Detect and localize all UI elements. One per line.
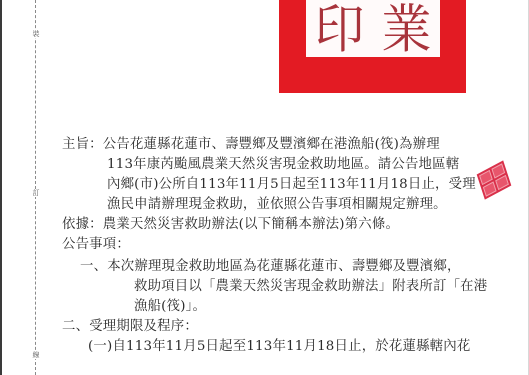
item-text-line: 救助項目以「農業天然災害現金救助辦法」附表所訂「在港 (134, 279, 487, 294)
seal-glyph-right: 業 (382, 2, 432, 55)
announcement-item-2: 二、受理期限及程序： (一)自113年11月5日起至113年11月18日止，於花… (62, 317, 529, 357)
subject-text-line: 公告花蓮縣花蓮市、壽豐鄉及豐濱鄉在港漁船(筏)為辦理 (103, 137, 440, 152)
announcement-label: 公告事項： (62, 237, 130, 252)
item-text-line: 本次辦理現金救助地區為花蓮縣花蓮市、壽豐鄉及豐濱鄉， (107, 259, 460, 274)
subject-text-line: 內鄉(市)公所自113年11月5日起至113年11月18日止，受理 (107, 177, 476, 192)
subject-line-4: 漁民申請辦理現金救助，並依照公告事項相關規定辦理。 (62, 195, 529, 215)
announcement-heading: 公告事項： (62, 235, 529, 255)
item-text-line: 受理期限及程序： (89, 319, 198, 334)
subitem-2-1: (一)自113年11月5日起至113年11月18日止，於花蓮縣轄內花 (62, 337, 529, 357)
subject-line-2: 113年康芮颱風農業天然災害現金救助地區。請公告地區轄 (62, 155, 529, 175)
subitem-text: 自113年11月5日起至113年11月18日止，於花蓮縣轄內花 (112, 339, 470, 354)
seal-inner-panel: 印 業 (306, 0, 440, 57)
basis-text: 農業天然災害救助辦法(以下簡稱本辦法)第六條。 (103, 217, 399, 232)
item-marker: 一、 (80, 259, 107, 274)
item-1-line-2: 救助項目以「農業天然災害現金救助辦法」附表所訂「在港 (62, 277, 529, 297)
subject-text-line: 漁民申請辦理現金救助，並依照公告事項相關規定辦理。 (107, 197, 447, 212)
item-1-line-3: 漁船(筏)」。 (62, 297, 529, 317)
subject-section: 主旨：公告花蓮縣花蓮市、壽豐鄉及豐濱鄉在港漁船(筏)為辦理 113年康芮颱風農業… (62, 135, 529, 215)
subject-label: 主旨： (62, 135, 103, 155)
official-seal-large: 印 業 (279, 0, 466, 93)
basis-label: 依據： (62, 215, 103, 235)
subject-text-line: 113年康芮颱風農業天然災害現金救助地區。請公告地區轄 (107, 157, 459, 172)
seal-glyph-left: 印 (315, 2, 365, 55)
binding-char-zhuang: 裝 (32, 30, 40, 38)
item-2-line-1: 二、受理期限及程序： (62, 317, 529, 337)
document-body: 主旨：公告花蓮縣花蓮市、壽豐鄉及豐濱鄉在港漁船(筏)為辦理 113年康芮颱風農業… (62, 135, 529, 357)
binding-dashed-line (35, 0, 36, 375)
subject-line-1: 主旨：公告花蓮縣花蓮市、壽豐鄉及豐濱鄉在港漁船(筏)為辦理 (62, 135, 529, 155)
announcement-item-1: 一、本次辦理現金救助地區為花蓮縣花蓮市、壽豐鄉及豐濱鄉， 救助項目以「農業天然災… (62, 257, 529, 317)
item-marker: 二、 (62, 319, 89, 334)
binding-char-ding: 訂 (32, 189, 40, 197)
subitem-marker: (一) (88, 339, 112, 354)
page-left-edge (0, 0, 2, 375)
basis-section: 依據：農業天然災害救助辦法(以下簡稱本辦法)第六條。 (62, 215, 529, 235)
item-1-line-1: 一、本次辦理現金救助地區為花蓮縣花蓮市、壽豐鄉及豐濱鄉， (62, 257, 529, 277)
binding-char-xian: 線 (32, 351, 40, 359)
item-text-line: 漁船(筏)」。 (134, 299, 206, 314)
subject-line-3: 內鄉(市)公所自113年11月5日起至113年11月18日止，受理 (62, 175, 529, 195)
